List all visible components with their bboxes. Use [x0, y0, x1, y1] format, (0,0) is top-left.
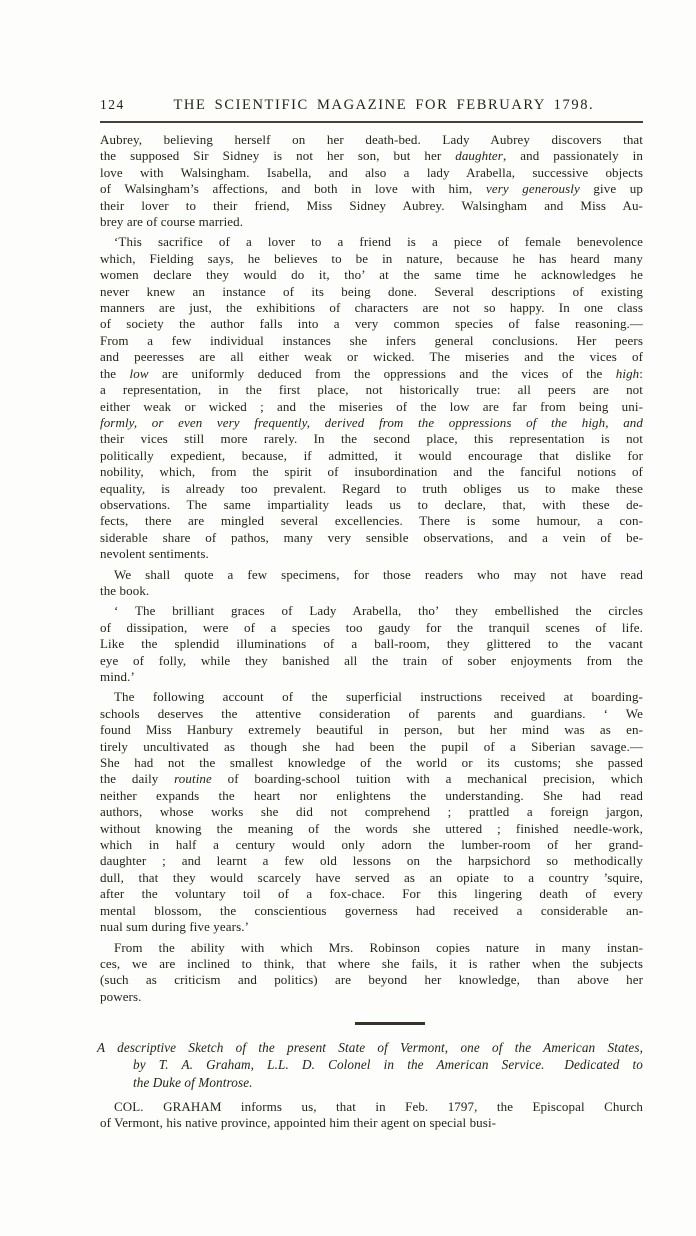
- text-segment: manners are just, the exhibitions of cha…: [100, 300, 643, 315]
- text-line: never knew an instance of its being done…: [100, 284, 643, 300]
- text-segment: which in half a century would only adorn…: [100, 837, 643, 852]
- text-line: found Miss Hanbury extremely beautiful i…: [100, 722, 643, 738]
- italic-text: high: [616, 366, 640, 381]
- text-segment: From a few individual instances she infe…: [100, 333, 643, 348]
- text-segment: a representation, in the first place, no…: [100, 382, 643, 397]
- text-segment: brey are of course married.: [100, 214, 243, 229]
- text-line: which in half a century would only adorn…: [100, 837, 643, 853]
- text-line: The following account of the superficial…: [100, 689, 643, 705]
- text-line: equality, is already too prevalent. Rega…: [100, 481, 643, 497]
- text-segment: She had not the smallest knowledge of th…: [100, 755, 643, 770]
- text-line: tirely uncultivated as though she had be…: [100, 739, 643, 755]
- paragraph: COL. GRAHAM informs us, that in Feb. 179…: [100, 1099, 643, 1132]
- text-segment: COL. GRAHAM informs us, that in Feb. 179…: [114, 1099, 643, 1114]
- text-line: We shall quote a few specimens, for thos…: [100, 567, 643, 583]
- text-segment: ‘ The brilliant graces of Lady Arabella,…: [114, 603, 643, 618]
- text-segment: dull, that they would scarcely have serv…: [100, 870, 643, 885]
- section-divider: [100, 1022, 643, 1025]
- text-segment: women declare they would do it, tho’ at …: [100, 267, 643, 282]
- text-line: nobility, which, from the spirit of insu…: [100, 464, 643, 480]
- text-segment: neither expands the heart nor enlightens…: [100, 788, 643, 803]
- text-line: of Walsingham’s affections, and both in …: [100, 181, 643, 197]
- text-segment: the book.: [100, 583, 149, 598]
- text-line: the supposed Sir Sidney is not her son, …: [100, 148, 643, 164]
- text-segment: nobility, which, from the spirit of insu…: [100, 464, 643, 479]
- paragraph: From the ability with which Mrs. Robinso…: [100, 940, 643, 1006]
- text-line: ces, we are inclined to think, that wher…: [100, 956, 643, 972]
- article-heading: A descriptive Sketch of the present Stat…: [97, 1039, 643, 1091]
- text-line: love with Walsingham. Isabella, and also…: [100, 165, 643, 181]
- text-line: and peeresses are all either weak or wic…: [100, 349, 643, 365]
- text-segment: A descriptive Sketch of the present Stat…: [97, 1040, 643, 1055]
- paragraph: Aubrey, believing herself on her death-b…: [100, 132, 643, 230]
- page-header: 124 THE SCIENTIFIC MAGAZINE FOR FEBRUARY…: [100, 97, 643, 114]
- italic-text: low: [130, 366, 149, 381]
- text-line: A descriptive Sketch of the present Stat…: [97, 1039, 643, 1056]
- text-line: daughter ; and learnt a few old lessons …: [100, 853, 643, 869]
- text-segment: eye of folly, while they banished all th…: [100, 653, 643, 668]
- text-segment: never knew an instance of its being done…: [100, 284, 643, 299]
- paragraph: The following account of the superficial…: [100, 689, 643, 935]
- text-segment: mind.’: [100, 669, 135, 684]
- text-segment: their vices still more rarely. In the se…: [100, 431, 643, 446]
- text-line: politically expedient, because, if admit…: [100, 448, 643, 464]
- text-line: manners are just, the exhibitions of cha…: [100, 300, 643, 316]
- text-line: without knowing the meaning of the words…: [100, 821, 643, 837]
- text-segment: equality, is already too prevalent. Rega…: [100, 481, 643, 496]
- italic-text: formly, or even very frequently, derived…: [100, 415, 643, 430]
- text-segment: of society the author falls into a very …: [100, 316, 643, 331]
- text-segment: schools deserves the attentive considera…: [100, 706, 643, 721]
- text-segment: the supposed Sir Sidney is not her son, …: [100, 148, 455, 163]
- text-line: powers.: [100, 989, 643, 1005]
- text-segment: of dissipation, were of a species too ga…: [100, 620, 643, 635]
- magazine-page: 124 THE SCIENTIFIC MAGAZINE FOR FEBRUARY…: [0, 0, 696, 1236]
- text-line: women declare they would do it, tho’ at …: [100, 267, 643, 283]
- text-line: authors, whose works she did not compreh…: [100, 804, 643, 820]
- text-line: Aubrey, believing herself on her death-b…: [100, 132, 643, 148]
- text-segment: Aubrey, believing herself on her death-b…: [100, 132, 643, 147]
- text-line: brey are of course married.: [100, 214, 643, 230]
- text-line: the low are uniformly deduced from the o…: [100, 366, 643, 382]
- text-segment: found Miss Hanbury extremely beautiful i…: [100, 722, 643, 737]
- text-line: mind.’: [100, 669, 643, 685]
- text-segment: nevolent sentiments.: [100, 546, 209, 561]
- text-segment: :: [639, 366, 643, 381]
- text-line: by T. A. Graham, L.L. D. Colonel in the …: [97, 1056, 643, 1073]
- text-segment: without knowing the meaning of the words…: [100, 821, 643, 836]
- text-line: ‘This sacrifice of a lover to a friend i…: [100, 234, 643, 250]
- running-title: THE SCIENTIFIC MAGAZINE FOR FEBRUARY 179…: [125, 97, 643, 114]
- text-line: their lover to their friend, Miss Sidney…: [100, 198, 643, 214]
- text-line: dull, that they would scarcely have serv…: [100, 870, 643, 886]
- text-line: (such as criticism and politics) are bey…: [100, 972, 643, 988]
- text-line: which, Fielding says, he believes to be …: [100, 251, 643, 267]
- text-line: their vices still more rarely. In the se…: [100, 431, 643, 447]
- text-line: the Duke of Montrose.: [97, 1074, 643, 1091]
- text-column: 124 THE SCIENTIFIC MAGAZINE FOR FEBRUARY…: [100, 97, 643, 1132]
- text-segment: tirely uncultivated as though she had be…: [100, 739, 643, 754]
- text-line: Like the splendid illuminations of a bal…: [100, 636, 643, 652]
- text-segment: The following account of the superficial…: [114, 689, 643, 704]
- text-line: of society the author falls into a very …: [100, 316, 643, 332]
- italic-text: daughter: [455, 148, 503, 163]
- page-number: 124: [100, 97, 125, 113]
- text-segment: observations. The same impartiality lead…: [100, 497, 643, 512]
- text-segment: give up: [580, 181, 643, 196]
- header-rule: [100, 121, 643, 123]
- text-line: schools deserves the attentive considera…: [100, 706, 643, 722]
- text-line: neither expands the heart nor enlightens…: [100, 788, 643, 804]
- text-segment: of boarding-school tuition with a mechan…: [212, 771, 643, 786]
- text-segment: (such as criticism and politics) are bey…: [100, 972, 643, 987]
- text-segment: are uniformly deduced from the oppressio…: [149, 366, 616, 381]
- text-segment: ‘This sacrifice of a lover to a friend i…: [114, 234, 643, 249]
- text-line: formly, or even very frequently, derived…: [100, 415, 643, 431]
- text-segment: , and passionately in: [503, 148, 643, 163]
- text-line: observations. The same impartiality lead…: [100, 497, 643, 513]
- text-segment: We shall quote a few specimens, for thos…: [114, 567, 643, 582]
- text-line: nevolent sentiments.: [100, 546, 643, 562]
- text-segment: siderable share of pathos, many very sen…: [100, 530, 643, 545]
- text-line: the book.: [100, 583, 643, 599]
- paragraph: ‘ The brilliant graces of Lady Arabella,…: [100, 603, 643, 685]
- text-segment: daughter ; and learnt a few old lessons …: [100, 853, 643, 868]
- text-segment: and peeresses are all either weak or wic…: [100, 349, 643, 364]
- page-body: Aubrey, believing herself on her death-b…: [100, 132, 643, 1132]
- text-segment: nual sum during five years.’: [100, 919, 249, 934]
- text-line: From a few individual instances she infe…: [100, 333, 643, 349]
- text-line: mental blossom, the conscientious govern…: [100, 903, 643, 919]
- text-segment: powers.: [100, 989, 142, 1004]
- italic-text: routine: [174, 771, 212, 786]
- text-segment: after the voluntary toil of a fox-chace.…: [100, 886, 643, 901]
- text-segment: love with Walsingham. Isabella, and also…: [100, 165, 643, 180]
- text-segment: Like the splendid illuminations of a bal…: [100, 636, 643, 651]
- paragraph: ‘This sacrifice of a lover to a friend i…: [100, 234, 643, 562]
- text-line: a representation, in the first place, no…: [100, 382, 643, 398]
- text-line: of Vermont, his native province, appoint…: [100, 1115, 643, 1131]
- section-divider-rule: [355, 1022, 425, 1025]
- text-line: of dissipation, were of a species too ga…: [100, 620, 643, 636]
- text-line: fects, there are mingled several excelle…: [100, 513, 643, 529]
- text-line: siderable share of pathos, many very sen…: [100, 530, 643, 546]
- text-segment: authors, whose works she did not compreh…: [100, 804, 643, 819]
- text-segment: ces, we are inclined to think, that wher…: [100, 956, 643, 971]
- text-line: COL. GRAHAM informs us, that in Feb. 179…: [100, 1099, 643, 1115]
- text-line: nual sum during five years.’: [100, 919, 643, 935]
- text-line: either weak or wicked ; and the miseries…: [100, 399, 643, 415]
- paragraph: We shall quote a few specimens, for thos…: [100, 567, 643, 600]
- text-segment: which, Fielding says, he believes to be …: [100, 251, 643, 266]
- text-line: ‘ The brilliant graces of Lady Arabella,…: [100, 603, 643, 619]
- text-line: after the voluntary toil of a fox-chace.…: [100, 886, 643, 902]
- text-line: eye of folly, while they banished all th…: [100, 653, 643, 669]
- text-line: From the ability with which Mrs. Robinso…: [100, 940, 643, 956]
- text-segment: the Duke of Montrose.: [133, 1075, 253, 1090]
- text-segment: From the ability with which Mrs. Robinso…: [114, 940, 643, 955]
- text-segment: by T. A. Graham, L.L. D. Colonel in the …: [133, 1057, 643, 1072]
- text-segment: the daily: [100, 771, 174, 786]
- text-segment: their lover to their friend, Miss Sidney…: [100, 198, 643, 213]
- text-line: She had not the smallest knowledge of th…: [100, 755, 643, 771]
- text-segment: fects, there are mingled several excelle…: [100, 513, 643, 528]
- italic-text: very generously: [486, 181, 580, 196]
- text-segment: of Vermont, his native province, appoint…: [100, 1115, 496, 1130]
- text-segment: of Walsingham’s affections, and both in …: [100, 181, 486, 196]
- text-segment: politically expedient, because, if admit…: [100, 448, 643, 463]
- text-segment: either weak or wicked ; and the miseries…: [100, 399, 643, 414]
- text-segment: mental blossom, the conscientious govern…: [100, 903, 643, 918]
- text-line: the daily routine of boarding-school tui…: [100, 771, 643, 787]
- text-segment: the: [100, 366, 130, 381]
